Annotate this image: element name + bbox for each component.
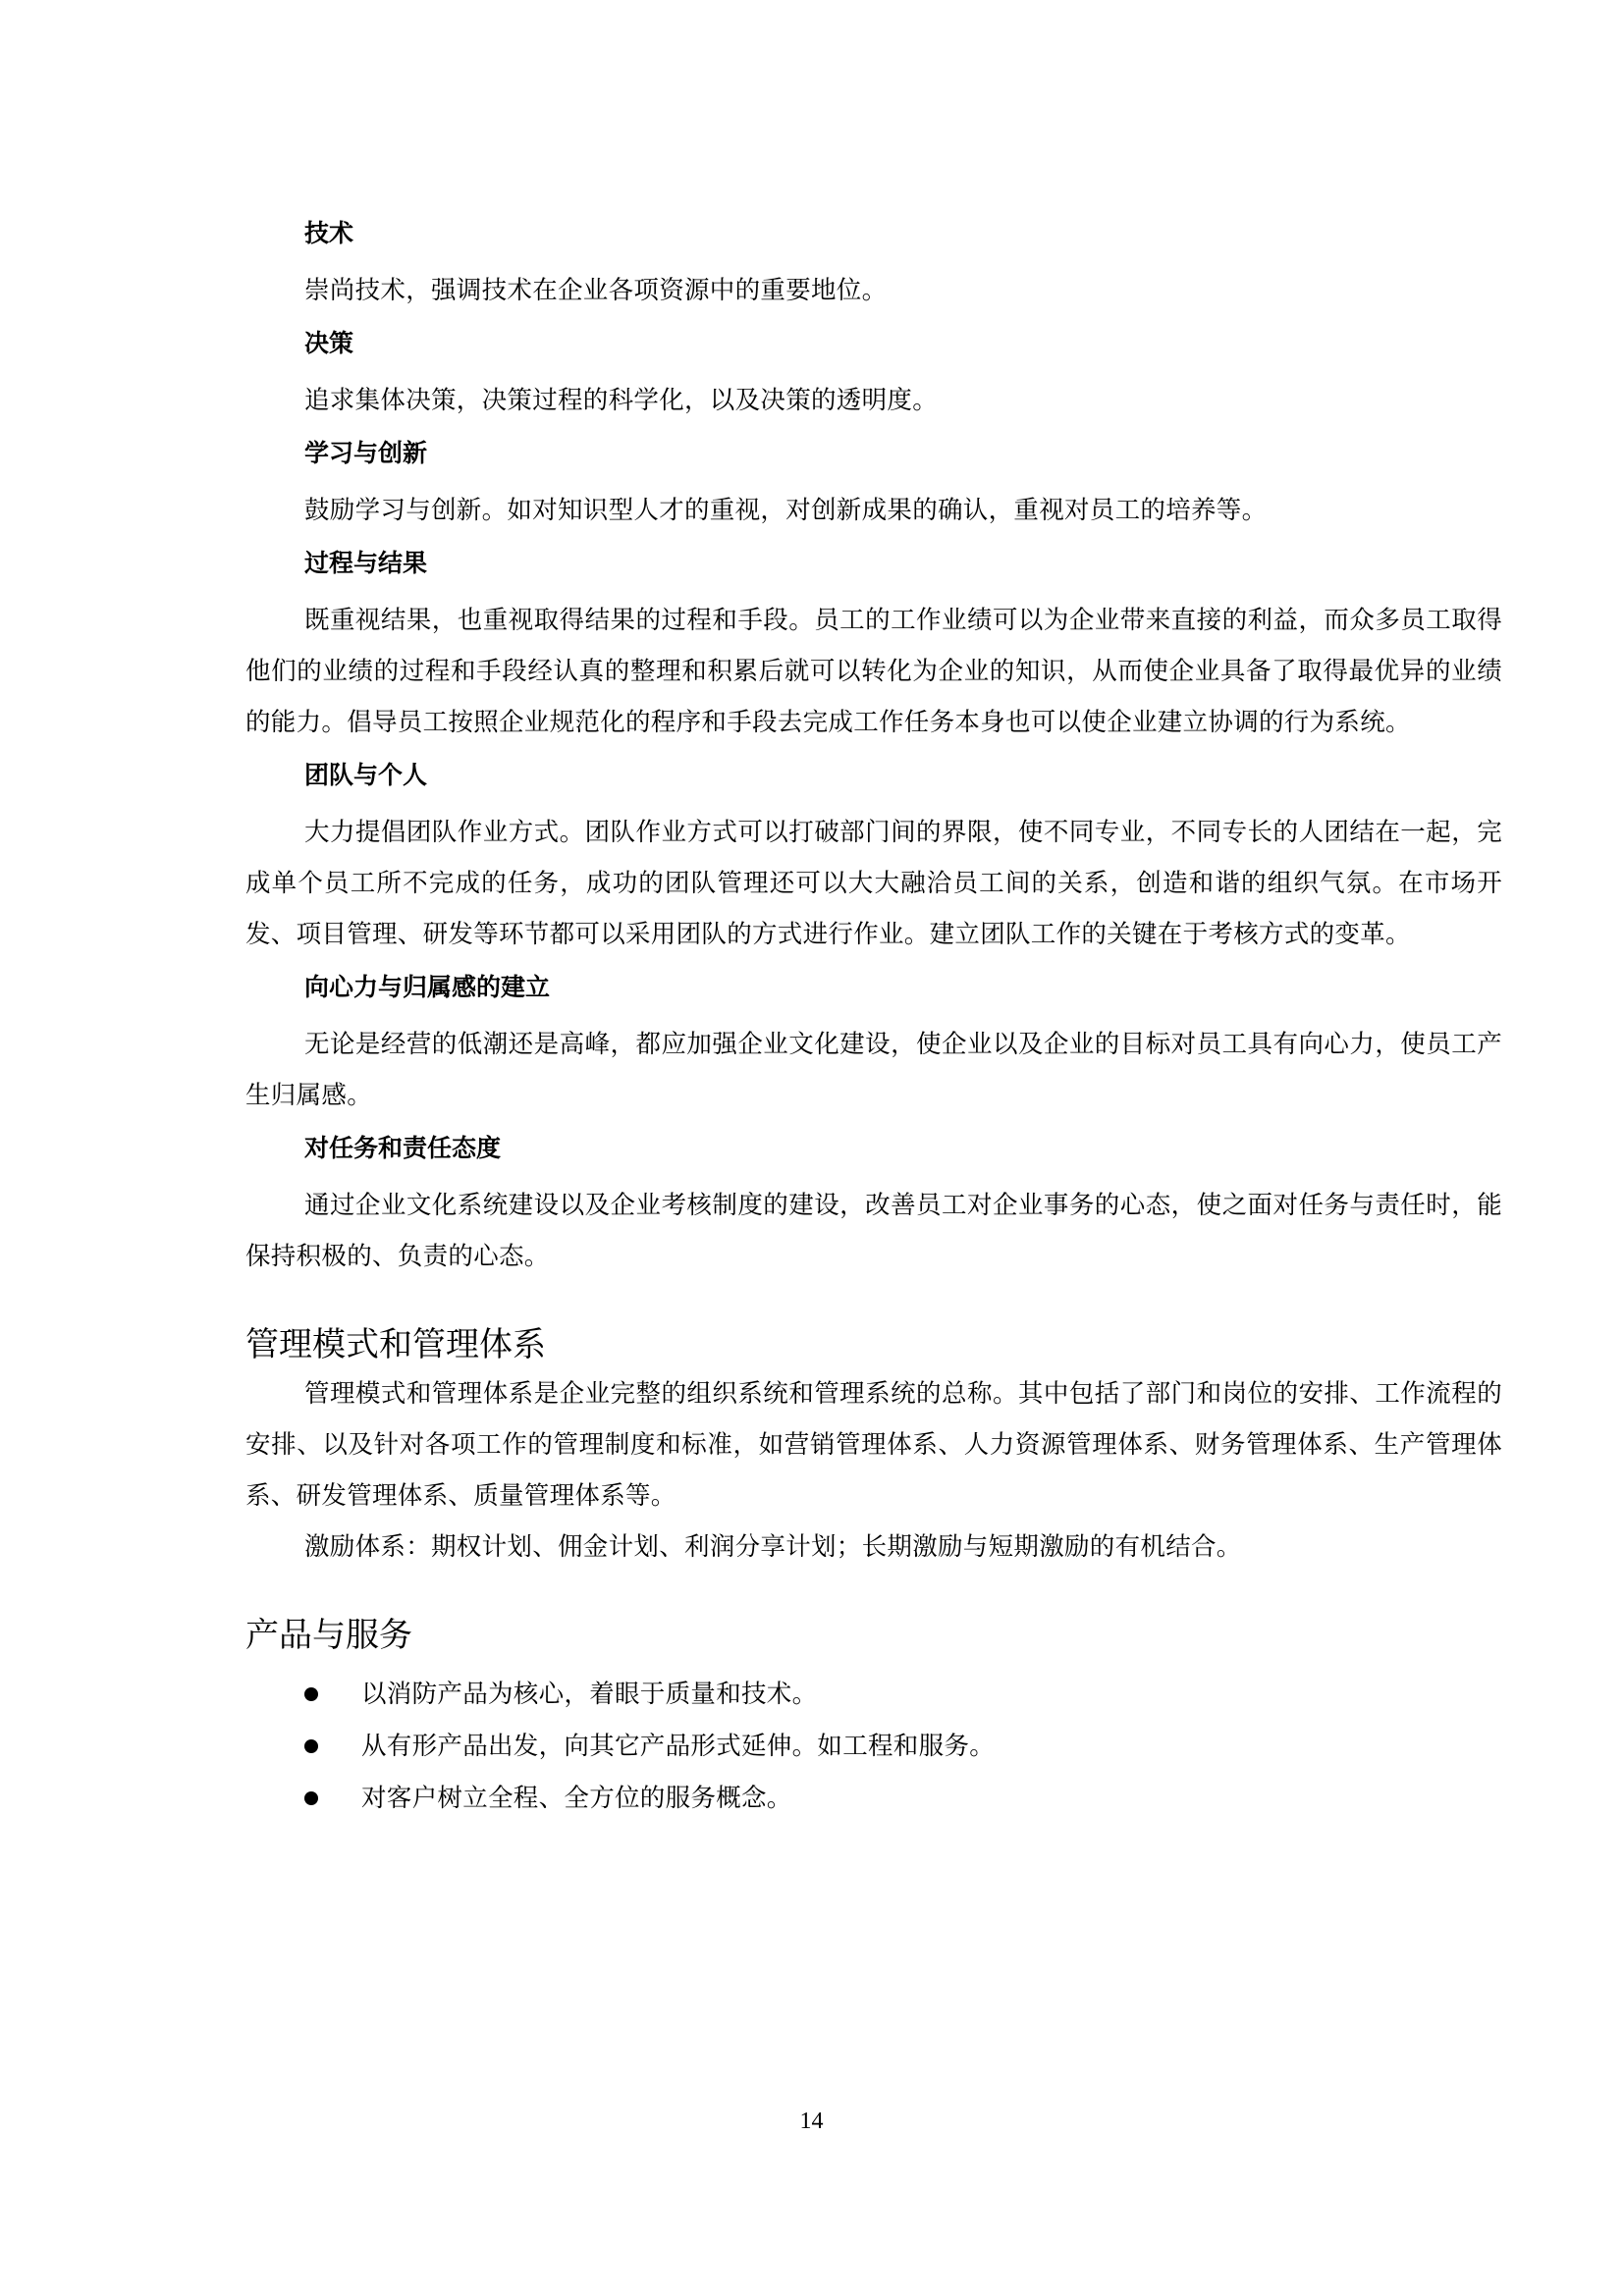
bullet-list: 以消防产品为核心，着眼于质量和技术。 从有形产品出发，向其它产品形式延伸。如工程… (245, 1669, 1502, 1825)
value-section-technology: 技术 崇尚技术，强调技术在企业各项资源中的重要地位。 (245, 214, 1502, 316)
subheading: 团队与个人 (304, 756, 1502, 807)
section-title: 产品与服务 (245, 1612, 1502, 1659)
paragraph: 既重视结果，也重视取得结果的过程和手段。员工的工作业绩可以为企业带来直接的利益，… (245, 595, 1502, 748)
value-section-learning: 学习与创新 鼓励学习与创新。如对知识型人才的重视，对创新成果的确认，重视对员工的… (245, 434, 1502, 536)
paragraph: 通过企业文化系统建设以及企业考核制度的建设，改善员工对企业事务的心态，使之面对任… (245, 1180, 1502, 1282)
paragraph: 崇尚技术，强调技术在企业各项资源中的重要地位。 (245, 265, 1502, 316)
management-section: 管理模式和管理体系 管理模式和管理体系是企业完整的组织系统和管理系统的总称。其中… (245, 1321, 1502, 1573)
list-item: 从有形产品出发，向其它产品形式延伸。如工程和服务。 (245, 1721, 1502, 1773)
document-page: 技术 崇尚技术，强调技术在企业各项资源中的重要地位。 决策 追求集体决策，决策过… (245, 214, 1502, 1833)
paragraph: 追求集体决策，决策过程的科学化，以及决策的透明度。 (245, 375, 1502, 426)
list-item-text: 对客户树立全程、全方位的服务概念。 (361, 1784, 792, 1813)
value-section-responsibility: 对任务和责任态度 通过企业文化系统建设以及企业考核制度的建设，改善员工对企业事务… (245, 1129, 1502, 1282)
page-number: 14 (0, 2109, 1623, 2135)
subheading: 学习与创新 (304, 434, 1502, 485)
bullet-icon (304, 1791, 318, 1805)
list-item-text: 以消防产品为核心，着眼于质量和技术。 (361, 1680, 817, 1709)
subheading: 过程与结果 (304, 544, 1502, 595)
products-section: 产品与服务 以消防产品为核心，着眼于质量和技术。 从有形产品出发，向其它产品形式… (245, 1612, 1502, 1825)
subheading: 技术 (304, 214, 1502, 265)
subheading: 决策 (304, 324, 1502, 375)
paragraph: 管理模式和管理体系是企业完整的组织系统和管理系统的总称。其中包括了部门和岗位的安… (245, 1368, 1502, 1522)
paragraph: 鼓励学习与创新。如对知识型人才的重视，对创新成果的确认，重视对员工的培养等。 (245, 485, 1502, 536)
value-section-decision: 决策 追求集体决策，决策过程的科学化，以及决策的透明度。 (245, 324, 1502, 426)
bullet-icon (304, 1687, 318, 1701)
value-section-cohesion: 向心力与归属感的建立 无论是经营的低潮还是高峰，都应加强企业文化建设，使企业以及… (245, 968, 1502, 1121)
list-item: 对客户树立全程、全方位的服务概念。 (245, 1773, 1502, 1825)
paragraph: 激励体系：期权计划、佣金计划、利润分享计划；长期激励与短期激励的有机结合。 (245, 1522, 1502, 1573)
section-title: 管理模式和管理体系 (245, 1321, 1502, 1368)
paragraph: 大力提倡团队作业方式。团队作业方式可以打破部门间的界限，使不同专业，不同专长的人… (245, 807, 1502, 960)
value-section-team: 团队与个人 大力提倡团队作业方式。团队作业方式可以打破部门间的界限，使不同专业，… (245, 756, 1502, 960)
subheading: 对任务和责任态度 (304, 1129, 1502, 1180)
subheading: 向心力与归属感的建立 (304, 968, 1502, 1019)
list-item: 以消防产品为核心，着眼于质量和技术。 (245, 1669, 1502, 1721)
paragraph: 无论是经营的低潮还是高峰，都应加强企业文化建设，使企业以及企业的目标对员工具有向… (245, 1019, 1502, 1121)
list-item-text: 从有形产品出发，向其它产品形式延伸。如工程和服务。 (361, 1732, 995, 1761)
value-section-process-result: 过程与结果 既重视结果，也重视取得结果的过程和手段。员工的工作业绩可以为企业带来… (245, 544, 1502, 748)
bullet-icon (304, 1739, 318, 1753)
